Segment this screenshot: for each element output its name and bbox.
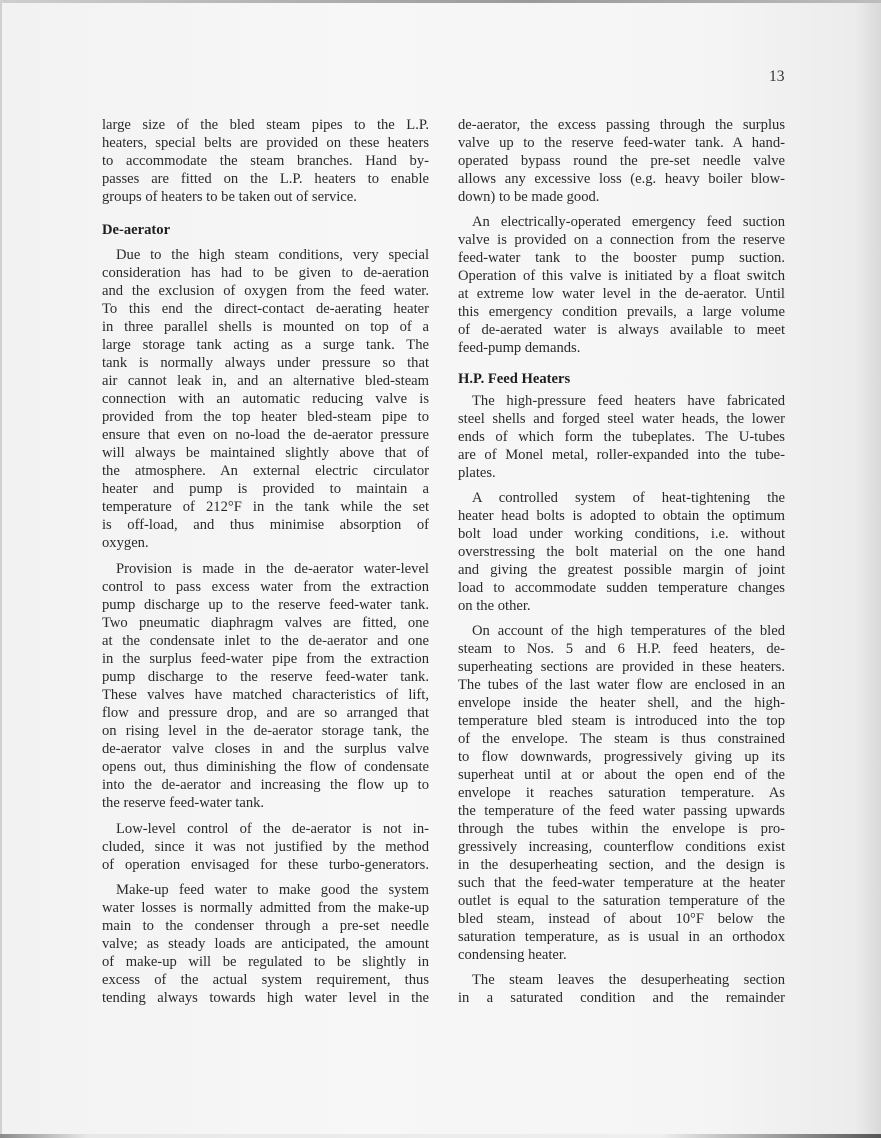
text-line: main to the condenser through a pre-set … xyxy=(102,917,429,935)
text-line: large size of the bled steam pipes to th… xyxy=(102,116,429,134)
text-line: load to accommodate sudden temperature c… xyxy=(458,579,785,597)
text-line: A controlled system of heat-tightening t… xyxy=(458,489,785,507)
text-line: steam to Nos. 5 and 6 H.P. feed heaters,… xyxy=(458,640,785,658)
text-line: To this end the direct-contact de-aerati… xyxy=(102,300,429,318)
text-line: consideration has had to be given to de-… xyxy=(102,264,429,282)
text-line: heater and pump is provided to maintain … xyxy=(102,480,429,498)
text-line: passes are fitted on the L.P. heaters to… xyxy=(102,170,429,188)
text-line: and giving the greatest possible margin … xyxy=(458,561,785,579)
text-line: steel shells and forged steel water head… xyxy=(458,410,785,428)
text-line: temperature bled steam is introduced int… xyxy=(458,712,785,730)
text-line: tending always towards high water level … xyxy=(102,989,429,1007)
text-line: oxygen. xyxy=(102,534,429,552)
text-line: at the condensate inlet to the de-aerato… xyxy=(102,632,429,650)
text-line: heaters, special belts are provided on t… xyxy=(102,134,429,152)
text-line: water losses is normally admitted from t… xyxy=(102,899,429,917)
text-line: gressively increasing, counterflow condi… xyxy=(458,838,785,856)
text-line: allows any excessive loss (e.g. heavy bo… xyxy=(458,170,785,188)
text-line: of the envelope. The steam is thus const… xyxy=(458,730,785,748)
text-line: bolt load under working conditions, i.e.… xyxy=(458,525,785,543)
text-line: An electrically-operated emergency feed … xyxy=(458,213,785,231)
text-line: through the tubes within the envelope is… xyxy=(458,820,785,838)
text-line: de-aerator valve closes in and the surpl… xyxy=(102,740,429,758)
text-line: in the desuperheating section, and the d… xyxy=(458,856,785,874)
text-line: On account of the high temperatures of t… xyxy=(458,622,785,640)
text-line: The high-pressure feed heaters have fabr… xyxy=(458,392,785,410)
text-line: excess of the actual system requirement,… xyxy=(102,971,429,989)
text-line: saturation temperature, as is usual in a… xyxy=(458,928,785,946)
text-line: valve; as steady loads are anticipated, … xyxy=(102,935,429,953)
text-line: envelope it reaches saturation temperatu… xyxy=(458,784,785,802)
text-line: superheating sections are provided in th… xyxy=(458,658,785,676)
text-line: outlet is equal to the saturation temper… xyxy=(458,892,785,910)
text-line: on rising level in the de-aerator storag… xyxy=(102,722,429,740)
text-line: Low-level control of the de-aerator is n… xyxy=(102,820,429,838)
text-line: of operation envisaged for these turbo-g… xyxy=(102,856,429,874)
text-line: control to pass excess water from the ex… xyxy=(102,578,429,596)
text-line: will always be maintained slightly above… xyxy=(102,444,429,462)
text-line: Provision is made in the de-aerator wate… xyxy=(102,560,429,578)
text-line: tank is normally always under pressure s… xyxy=(102,354,429,372)
section-heading: H.P. Feed Heaters xyxy=(458,370,570,388)
text-line: plates. xyxy=(458,464,785,482)
text-line: These valves have matched characteristic… xyxy=(102,686,429,704)
section-heading: De-aerator xyxy=(102,221,170,239)
text-line: valve is provided on a connection from t… xyxy=(458,231,785,249)
text-line: valve up to the reserve feed-water tank.… xyxy=(458,134,785,152)
page-bottom-shadow xyxy=(0,1134,881,1138)
text-line: to flow downwards, progressively giving … xyxy=(458,748,785,766)
text-line: envelope inside the heater shell, and th… xyxy=(458,694,785,712)
text-line: feed-pump demands. xyxy=(458,339,785,357)
text-line: air cannot leak in, and an alternative b… xyxy=(102,372,429,390)
text-line: to accommodate the steam branches. Hand … xyxy=(102,152,429,170)
text-line: ends of which form the tubeplates. The U… xyxy=(458,428,785,446)
text-line: Due to the high steam conditions, very s… xyxy=(102,246,429,264)
text-line: overstressing the bolt material on the o… xyxy=(458,543,785,561)
text-line: provided from the top heater bled-steam … xyxy=(102,408,429,426)
text-line: and the exclusion of oxygen from the fee… xyxy=(102,282,429,300)
text-line: Make-up feed water to make good the syst… xyxy=(102,881,429,899)
text-line: connection with an automatic reducing va… xyxy=(102,390,429,408)
text-line: bled steam, instead of about 10°F below … xyxy=(458,910,785,928)
text-line: is off-load, and thus minimise absorptio… xyxy=(102,516,429,534)
text-line: pump discharge up to the reserve feed-wa… xyxy=(102,596,429,614)
text-line: in the surplus feed-water pipe from the … xyxy=(102,650,429,668)
page-number: 13 xyxy=(769,68,785,86)
text-line: of make-up will be regulated to be sligh… xyxy=(102,953,429,971)
text-line: the temperature of the feed water passin… xyxy=(458,802,785,820)
text-line: ensure that even on no-load the de-aerat… xyxy=(102,426,429,444)
text-line: are of Monel metal, roller-expanded into… xyxy=(458,446,785,464)
text-line: Two pneumatic diaphragm valves are fitte… xyxy=(102,614,429,632)
text-line: in a saturated condition and the remaind… xyxy=(458,989,785,1007)
text-line: the reserve feed-water tank. xyxy=(102,794,429,812)
text-line: The steam leaves the desuperheating sect… xyxy=(458,971,785,989)
text-line: at extreme low water level in the de-aer… xyxy=(458,285,785,303)
text-line: down) to be made good. xyxy=(458,188,785,206)
text-line: of de-aerated water is always available … xyxy=(458,321,785,339)
text-line: feed-water tank to the booster pump suct… xyxy=(458,249,785,267)
text-line: operated bypass round the pre-set needle… xyxy=(458,152,785,170)
text-line: The tubes of the last water flow are enc… xyxy=(458,676,785,694)
text-line: Operation of this valve is initiated by … xyxy=(458,267,785,285)
text-line: flow and pressure drop, and are so arran… xyxy=(102,704,429,722)
text-line: pump discharge to the reserve feed-water… xyxy=(102,668,429,686)
text-line: groups of heaters to be taken out of ser… xyxy=(102,188,429,206)
text-line: opens out, thus diminishing the flow of … xyxy=(102,758,429,776)
text-line: large storage tank acting as a surge tan… xyxy=(102,336,429,354)
text-line: the atmosphere. An external electric cir… xyxy=(102,462,429,480)
text-line: on the other. xyxy=(458,597,785,615)
text-line: this emergency condition prevails, a lar… xyxy=(458,303,785,321)
text-line: such that the feed-water temperature at … xyxy=(458,874,785,892)
text-line: temperature of 212°F in the tank while t… xyxy=(102,498,429,516)
text-line: heater head bolts is adopted to obtain t… xyxy=(458,507,785,525)
page-top-edge xyxy=(0,0,881,3)
page-left-edge xyxy=(0,0,2,1138)
text-line: superheat until at or about the open end… xyxy=(458,766,785,784)
text-line: condensing heater. xyxy=(458,946,785,964)
text-line: in three parallel shells is mounted on t… xyxy=(102,318,429,336)
text-line: into the de-aerator and increasing the f… xyxy=(102,776,429,794)
text-line: cluded, since it was not justified by th… xyxy=(102,838,429,856)
text-line: de-aerator, the excess passing through t… xyxy=(458,116,785,134)
